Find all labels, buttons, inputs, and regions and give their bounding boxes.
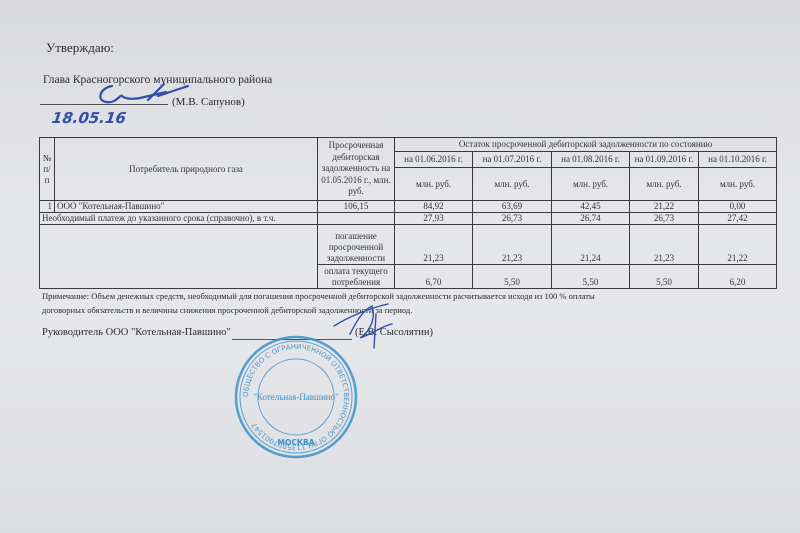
row-number: 1 — [40, 201, 55, 213]
row-value: 21,22 — [699, 225, 777, 265]
row-value: 21,23 — [473, 225, 552, 265]
row-value: 26,74 — [552, 213, 630, 225]
header-date: на 01.08.2016 г. — [552, 152, 630, 168]
row-empty-cell — [40, 225, 318, 289]
row-value: 63,69 — [473, 201, 552, 213]
row-value: 26,73 — [630, 213, 699, 225]
row-value: 27,42 — [699, 213, 777, 225]
row-value: 21,24 — [552, 225, 630, 265]
row-value: 27,93 — [395, 213, 473, 225]
table-row: 1 ООО "Котельная-Павшино" 106,15 84,92 6… — [40, 201, 777, 213]
header-unit: млн. руб. — [395, 168, 473, 201]
debt-schedule-table: № п/п Потребитель природного газа Просро… — [39, 137, 777, 289]
row-required-payment-label: Необходимый платеж до указанного срока (… — [40, 213, 318, 225]
row-value: 5,50 — [552, 265, 630, 289]
note-line-1: Примечание: Объем денежных средств, необ… — [42, 291, 595, 301]
header-date: на 01.07.2016 г. — [473, 152, 552, 168]
header-date: на 01.09.2016 г. — [630, 152, 699, 168]
header-overdue: Просроченная дебиторская задолженность н… — [318, 138, 395, 201]
stamp-center-text: "Котельная-Павшино" — [253, 392, 339, 402]
row-consumer: ООО "Котельная-Павшино" — [55, 201, 318, 213]
header-consumer: Потребитель природного газа — [55, 138, 318, 201]
header-unit: млн. руб. — [699, 168, 777, 201]
header-unit: млн. руб. — [552, 168, 630, 201]
company-stamp: ОБЩЕСТВО С ОГРАНИЧЕННОЙ ОТВЕТСТВЕННОСТЬЮ… — [232, 333, 360, 461]
row-value: 6,20 — [699, 265, 777, 289]
handwritten-date: 18.05.16 — [51, 109, 128, 127]
row-value: 0,00 — [699, 201, 777, 213]
document-page: Утверждаю: Глава Красногорского муниципа… — [0, 0, 800, 533]
header-number: № п/п — [40, 138, 55, 201]
row-overdue — [318, 213, 395, 225]
row-value: 26,73 — [473, 213, 552, 225]
row-value: 21,23 — [630, 225, 699, 265]
stamp-city: МОСКВА — [278, 438, 315, 447]
row-value: 21,23 — [395, 225, 473, 265]
header-date: на 01.06.2016 г. — [395, 152, 473, 168]
header-remaining-group: Остаток просроченной дебиторской задолже… — [395, 138, 777, 152]
official-signature-line — [40, 104, 168, 105]
row-overdue: 106,15 — [318, 201, 395, 213]
approve-label: Утверждаю: — [46, 40, 114, 56]
row-value: 5,50 — [630, 265, 699, 289]
row-sub-label: погашение просроченной задолженности — [318, 225, 395, 265]
row-value: 21,22 — [630, 201, 699, 213]
row-value: 84,92 — [395, 201, 473, 213]
official-name: (М.В. Сапунов) — [172, 96, 245, 108]
table-row: Необходимый платеж до указанного срока (… — [40, 213, 777, 225]
row-value: 5,50 — [473, 265, 552, 289]
row-value: 42,45 — [552, 201, 630, 213]
director-title: Руководитель ООО "Котельная-Павшино" — [42, 327, 231, 338]
row-value: 6,70 — [395, 265, 473, 289]
header-date: на 01.10.2016 г. — [699, 152, 777, 168]
table-row: погашение просроченной задолженности 21,… — [40, 225, 777, 265]
header-unit: млн. руб. — [473, 168, 552, 201]
header-unit: млн. руб. — [630, 168, 699, 201]
row-sub-label: оплата текущего потребления — [318, 265, 395, 289]
